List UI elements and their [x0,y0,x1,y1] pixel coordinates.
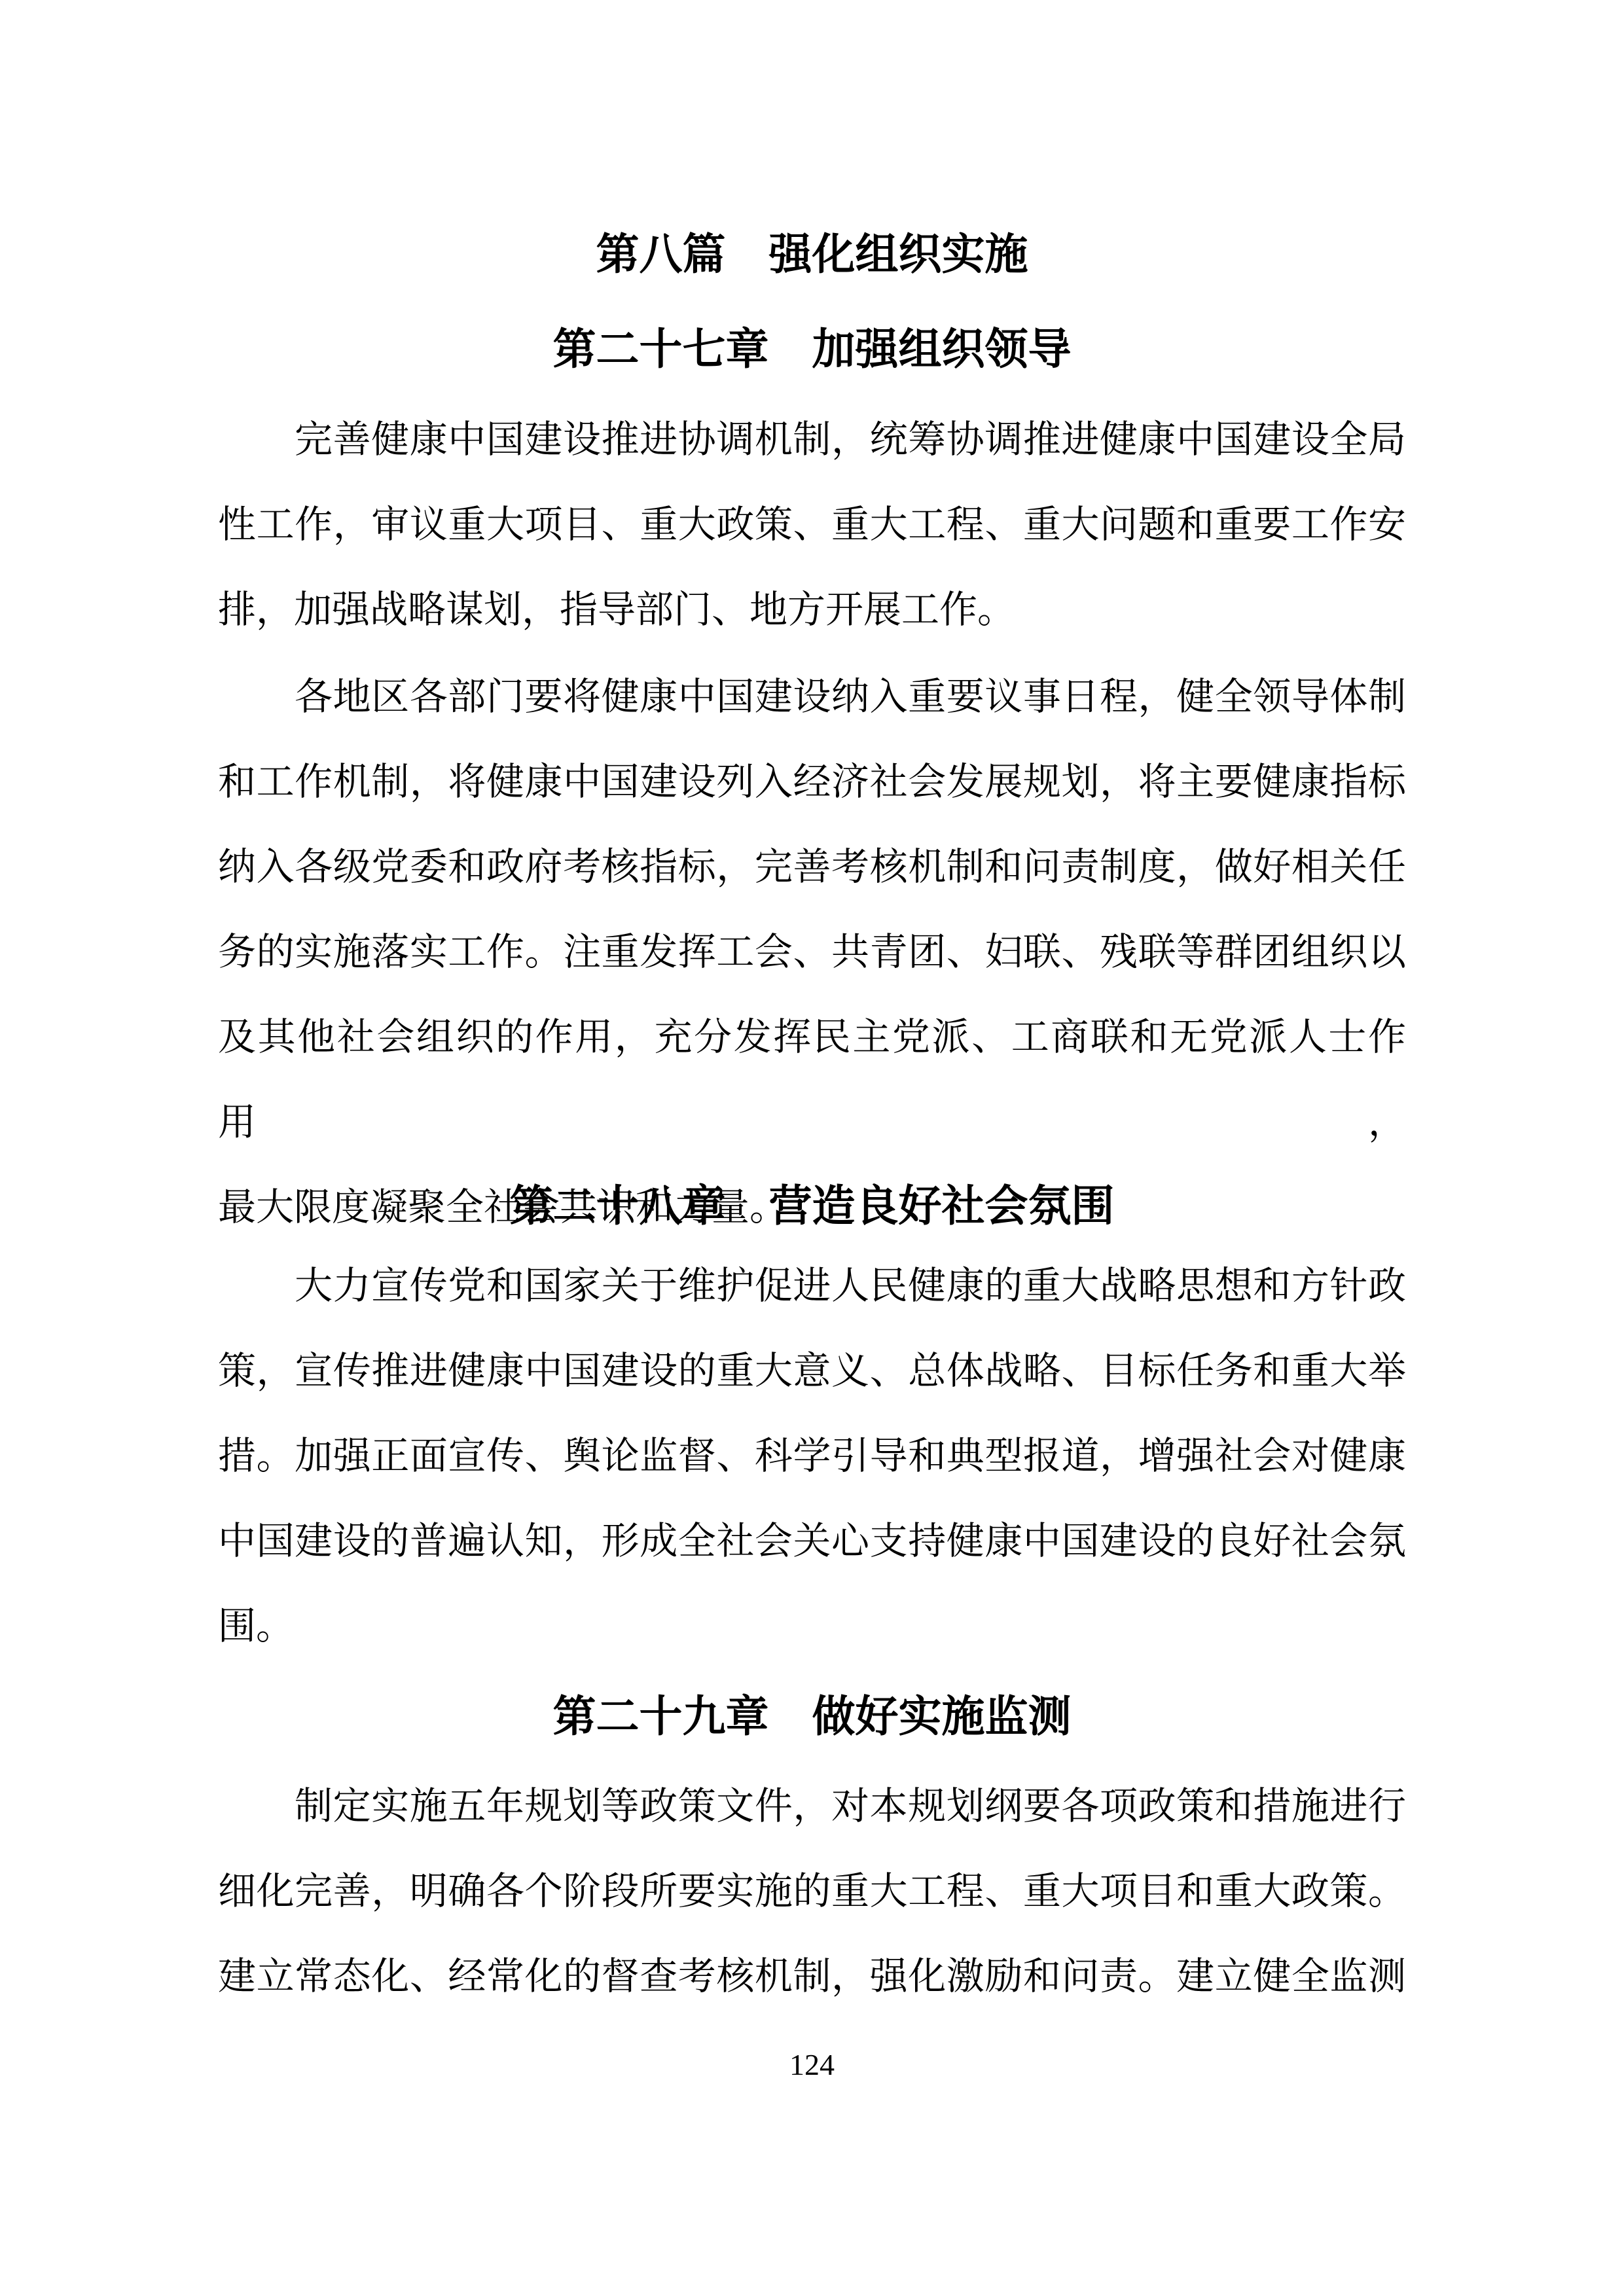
chapter-27-title: 第二十七章 加强组织领导 [218,317,1406,380]
chapter-28-paragraph-1: 大力宣传党和国家关于维护促进人民健康的重大战略思想和方针政 策，宣传推进健康中国… [218,1244,1406,1669]
text-line: 细化完善，明确各个阶段所要实施的重大工程、重大项目和重大政策。 [218,1849,1406,1934]
chapter-27-paragraph-1: 完善健康中国建设推进协调机制，统筹协调推进健康中国建设全局 性工作，审议重大项目… [218,397,1406,653]
text-line: 和工作机制，将健康中国建设列入经济社会发展规划，将主要健康指标 [218,740,1406,825]
chapter-27-paragraph-2: 各地区各部门要将健康中国建设纳入重要议事日程，健全领导体制 和工作机制，将健康中… [218,655,1406,1250]
chapter-28-title: 第二十八章 营造良好社会氛围 [218,1174,1406,1237]
text-line: 建立常态化、经常化的督查考核机制，强化激励和问责。建立健全监测 [218,1934,1406,2019]
text-line: 排，加强战略谋划，指导部门、地方开展工作。 [218,567,1406,653]
text-line: 完善健康中国建设推进协调机制，统筹协调推进健康中国建设全局 [218,397,1406,482]
text-line: 策，宣传推进健康中国建设的重大意义、总体战略、目标任务和重大举 [218,1329,1406,1414]
text-line: 中国建设的普遍认知，形成全社会关心支持健康中国建设的良好社会氛 [218,1499,1406,1584]
text-line: 及其他社会组织的作用，充分发挥民主党派、工商联和无党派人士作用， [218,995,1406,1165]
text-line: 围。 [218,1584,1406,1669]
text-line: 制定实施五年规划等政策文件，对本规划纲要各项政策和措施进行 [218,1764,1406,1849]
text-line: 各地区各部门要将健康中国建设纳入重要议事日程，健全领导体制 [218,655,1406,740]
part-title: 第八篇 强化组织实施 [218,223,1406,285]
text-line: 性工作，审议重大项目、重大政策、重大工程、重大问题和重要工作安 [218,482,1406,567]
text-line: 大力宣传党和国家关于维护促进人民健康的重大战略思想和方针政 [218,1244,1406,1329]
page-number: 124 [0,2045,1624,2085]
chapter-29-paragraph-1: 制定实施五年规划等政策文件，对本规划纲要各项政策和措施进行 细化完善，明确各个阶… [218,1764,1406,2019]
chapter-29-title: 第二十九章 做好实施监测 [218,1685,1406,1748]
text-line: 措。加强正面宣传、舆论监督、科学引导和典型报道，增强社会对健康 [218,1414,1406,1499]
text-line: 务的实施落实工作。注重发挥工会、共青团、妇联、残联等群团组织以 [218,910,1406,995]
text-line: 纳入各级党委和政府考核指标，完善考核机制和问责制度，做好相关任 [218,825,1406,910]
document-page: 第八篇 强化组织实施 第二十七章 加强组织领导 完善健康中国建设推进协调机制，统… [0,0,1624,2296]
